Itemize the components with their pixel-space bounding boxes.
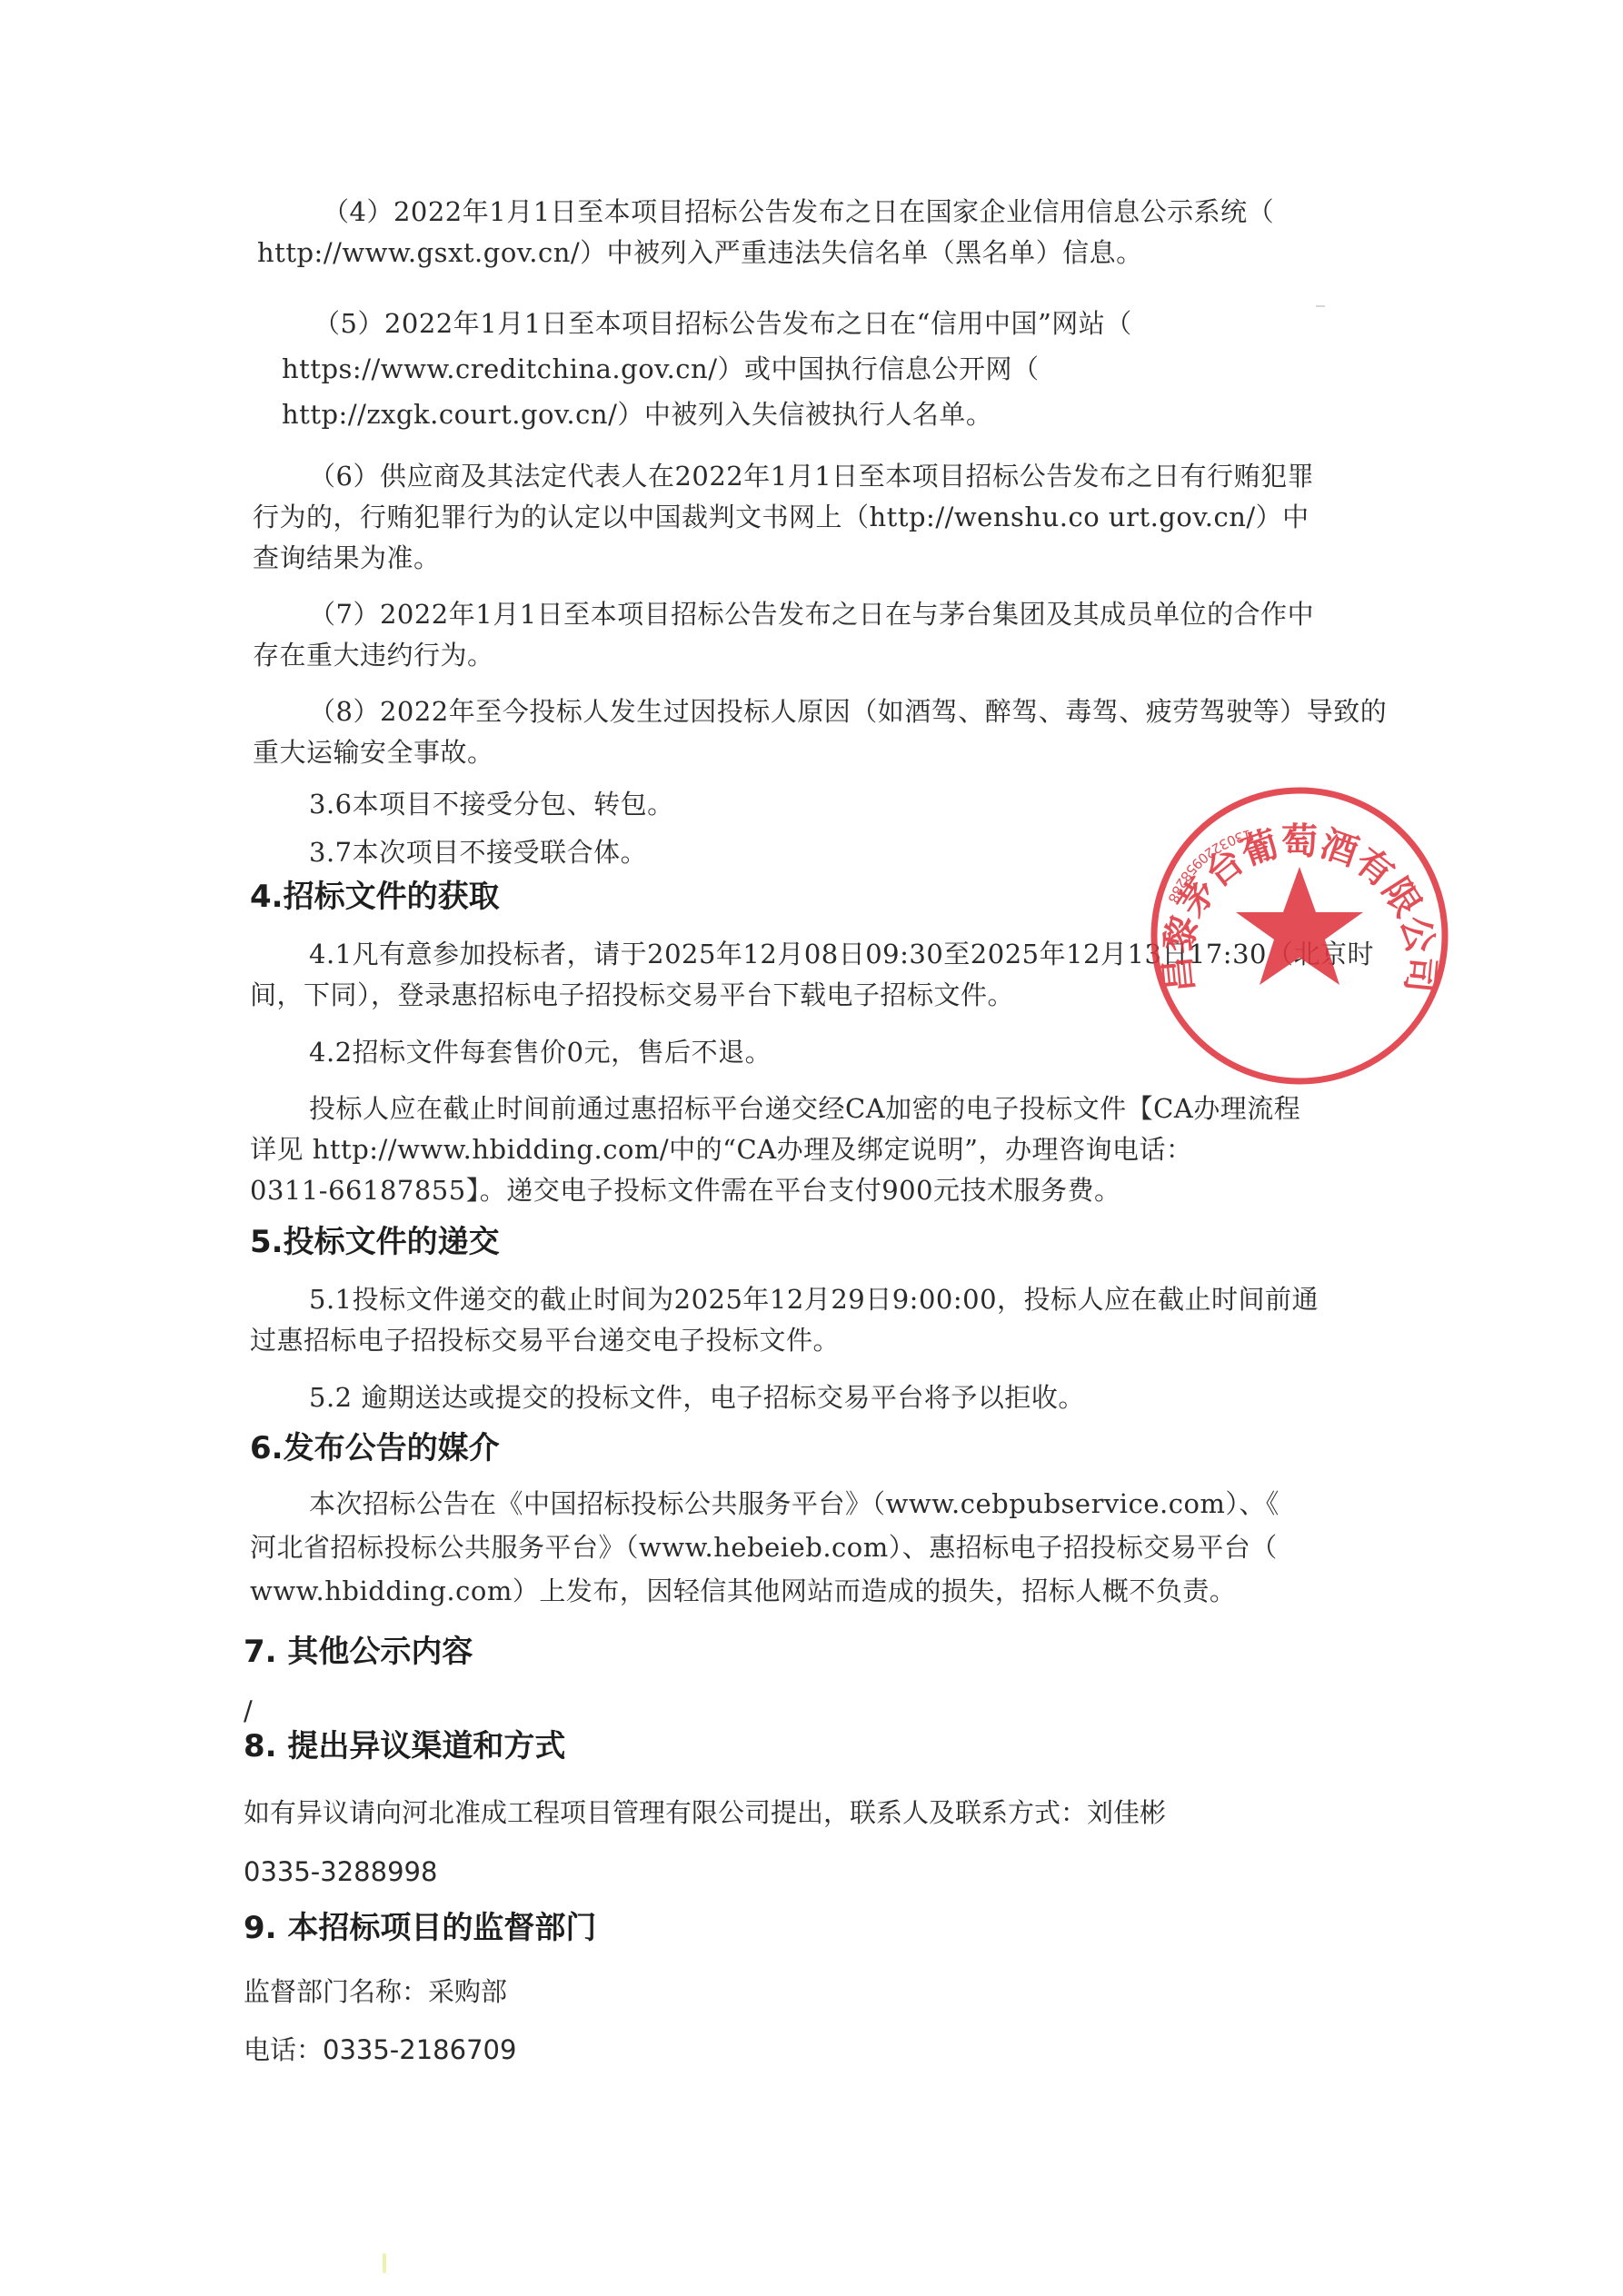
clause-3-6: 3.6本项目不接受分包、转包。: [309, 786, 674, 822]
supervision-dept: 监督部门名称：采购部: [244, 1973, 507, 2010]
clause-3-7: 3.7本次项目不接受联合体。: [309, 834, 647, 870]
clause-5-1-line-1: 5.1投标文件递交的截止时间为2025年12月29日9:00:00，投标人应在截…: [309, 1281, 1319, 1317]
objection-phone: 0335-3288998: [244, 1854, 437, 1890]
clause-4-1-line-1: 4.1凡有意参加投标者，请于2025年12月08日09:30至2025年12月1…: [309, 936, 1374, 972]
clause-4-1-line-2: 间，下同），登录惠招标电子招投标交易平台下载电子招标文件。: [250, 977, 1014, 1013]
item-8-line-2: 重大运输安全事故。: [253, 734, 494, 770]
objection-contact: 如有异议请向河北准成工程项目管理有限公司提出，联系人及联系方式：刘佳彬: [244, 1794, 1166, 1831]
seal-code: 1303220958288: [1164, 826, 1253, 905]
section-7-content: /: [244, 1693, 253, 1729]
clause-5-1-line-2: 过惠招标电子招投标交易平台递交电子投标文件。: [250, 1322, 840, 1358]
section-7-title: 7. 其他公示内容: [244, 1632, 473, 1672]
section-5-title: 5.投标文件的递交: [250, 1222, 500, 1262]
svg-text:1303220958288: 1303220958288: [1164, 826, 1253, 905]
ca-note-line-3: 0311-66187855】。递交电子投标文件需在平台支付900元技术服务费。: [250, 1172, 1121, 1208]
item-7-line-2: 存在重大违约行为。: [253, 637, 494, 673]
item-5-line-1: （5）2022年1月1日至本项目招标公告发布之日在“信用中国”网站（: [314, 305, 1132, 342]
supervision-phone: 电话：0335-2186709: [244, 2032, 516, 2068]
scan-speck: [383, 2253, 386, 2273]
ca-note-line-2: 详见 http://www.hbidding.com/中的“CA办理及绑定说明”…: [250, 1131, 1192, 1168]
item-6-line-2: 行为的，行贿犯罪行为的认定以中国裁判文书网上（http://wenshu.co …: [253, 499, 1309, 535]
section-8-title: 8. 提出异议渠道和方式: [244, 1726, 565, 1766]
media-line-2: 河北省招标投标公共服务平台》（www.hebeieb.com）、惠招标电子招投标…: [250, 1529, 1278, 1565]
clause-4-2: 4.2招标文件每套售价0元，售后不退。: [309, 1034, 772, 1070]
ca-note-line-1: 投标人应在截止时间前通过惠招标平台递交经CA加密的电子投标文件【CA办理流程: [309, 1090, 1300, 1127]
section-6-title: 6.发布公告的媒介: [250, 1428, 500, 1468]
item-4-line-2: http://www.gsxt.gov.cn/）中被列入严重违法失信名单（黑名单…: [257, 234, 1143, 271]
item-5-line-3: http://zxgk.court.gov.cn/）中被列入失信被执行人名单。: [282, 396, 992, 432]
section-9-title: 9. 本招标项目的监督部门: [244, 1908, 596, 1948]
item-4-line-1: （4）2022年1月1日至本项目招标公告发布之日在国家企业信用信息公示系统（: [323, 194, 1274, 230]
item-6-line-3: 查询结果为准。: [253, 540, 441, 576]
item-8-line-1: （8）2022年至今投标人发生过因投标人原因（如酒驾、醉驾、毒驾、疲劳驾驶等）导…: [309, 693, 1387, 730]
section-4-title: 4.招标文件的获取: [250, 877, 500, 917]
item-7-line-1: （7）2022年1月1日至本项目招标公告发布之日在与茅台集团及其成员单位的合作中: [309, 596, 1314, 632]
item-6-line-1: （6）供应商及其法定代表人在2022年1月1日至本项目招标公告发布之日有行贿犯罪: [309, 458, 1314, 494]
document-page: （4）2022年1月1日至本项目招标公告发布之日在国家企业信用信息公示系统（ h…: [0, 0, 1623, 2296]
item-5-line-2: https://www.creditchina.gov.cn/）或中国执行信息公…: [282, 351, 1040, 387]
scan-mark: [1316, 305, 1325, 307]
clause-5-2: 5.2 逾期送达或提交的投标文件，电子招标交易平台将予以拒收。: [309, 1379, 1085, 1416]
media-line-3: www.hbidding.com）上发布，因轻信其他网站而造成的损失，招标人概不…: [250, 1573, 1236, 1609]
media-line-1: 本次招标公告在《中国招标投标公共服务平台》（www.cebpubservice.…: [309, 1486, 1279, 1522]
